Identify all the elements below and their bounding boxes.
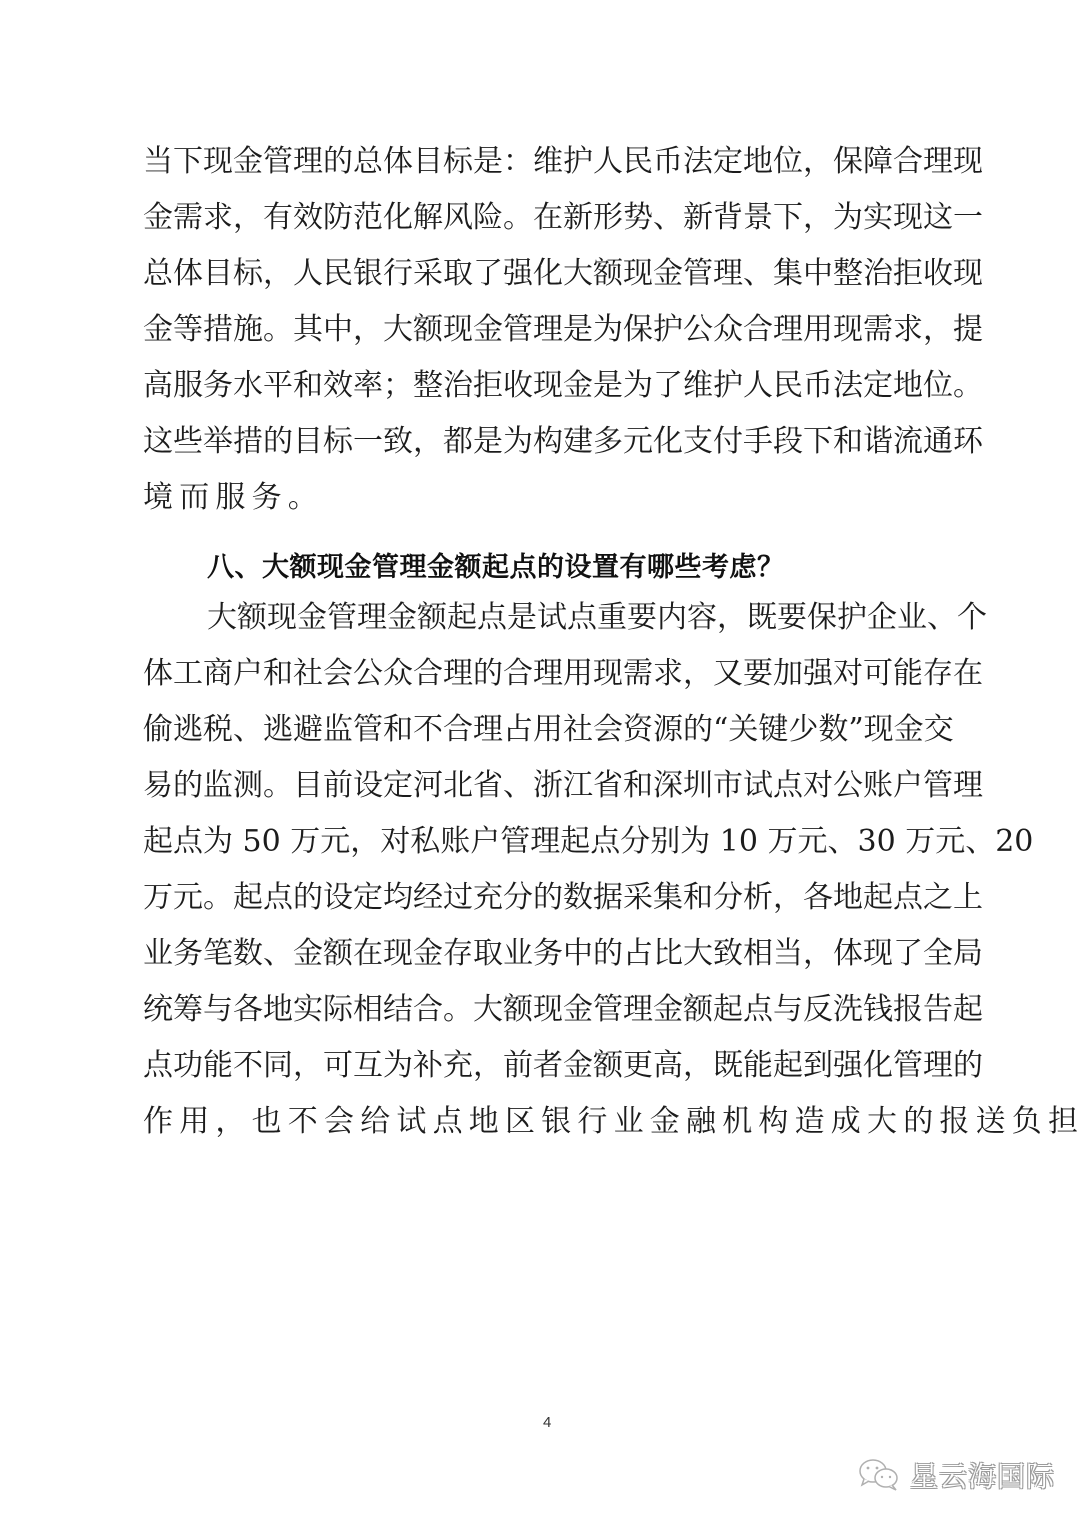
- text-line: 统筹与各地实际相结合。大额现金管理金额起点与反洗钱报告起: [143, 982, 933, 1038]
- document-page: 当下现金管理的总体目标是：维护人民币法定地位，保障合理现 金需求，有效防范化解风…: [0, 0, 1080, 1527]
- paragraph-cash-management-goals: 当下现金管理的总体目标是：维护人民币法定地位，保障合理现 金需求，有效防范化解风…: [143, 134, 933, 526]
- text-line: 金等措施。其中，大额现金管理是为保护公众合理用现需求，提: [143, 302, 933, 358]
- watermark-text: 星云海国际: [910, 1455, 1055, 1495]
- text-line: 起点为 50 万元，对私账户管理起点分别为 10 万元、30 万元、20: [143, 814, 933, 870]
- text-line: 金需求，有效防范化解风险。在新形势、新背景下，为实现这一: [143, 190, 933, 246]
- text-line: 偷逃税、逃避监管和不合理占用社会资源的“关键少数”现金交: [143, 702, 933, 758]
- wechat-icon: [858, 1458, 902, 1492]
- watermark: 星云海国际: [858, 1455, 1055, 1495]
- text-line: 易的监测。目前设定河北省、浙江省和深圳市试点对公账户管理: [143, 758, 933, 814]
- text-line: 当下现金管理的总体目标是：维护人民币法定地位，保障合理现: [143, 134, 933, 190]
- section-heading: 八、大额现金管理金额起点的设置有哪些考虑？: [207, 546, 785, 590]
- text-line: 作用，也不会给试点地区银行业金融机构造成大的报送负担。: [143, 1094, 933, 1150]
- text-line: 体工商户和社会公众合理的合理用现需求，又要加强对可能存在: [143, 646, 933, 702]
- text-line: 这些举措的目标一致，都是为构建多元化支付手段下和谐流通环: [143, 414, 933, 470]
- paragraph-threshold-considerations: 大额现金管理金额起点是试点重要内容，既要保护企业、个 体工商户和社会公众合理的合…: [143, 590, 933, 1150]
- page-number: 4: [543, 1414, 551, 1431]
- text-line: 业务笔数、金额在现金存取业务中的占比大致相当，体现了全局: [143, 926, 933, 982]
- text-line: 高服务水平和效率；整治拒收现金是为了维护人民币法定地位。: [143, 358, 933, 414]
- text-line: 万元。起点的设定均经过充分的数据采集和分析，各地起点之上: [143, 870, 933, 926]
- text-line: 点功能不同，可互为补充，前者金额更高，既能起到强化管理的: [143, 1038, 933, 1094]
- text-line: 大额现金管理金额起点是试点重要内容，既要保护企业、个: [143, 590, 933, 646]
- text-line: 总体目标，人民银行采取了强化大额现金管理、集中整治拒收现: [143, 246, 933, 302]
- text-line: 境而服务。: [143, 470, 933, 526]
